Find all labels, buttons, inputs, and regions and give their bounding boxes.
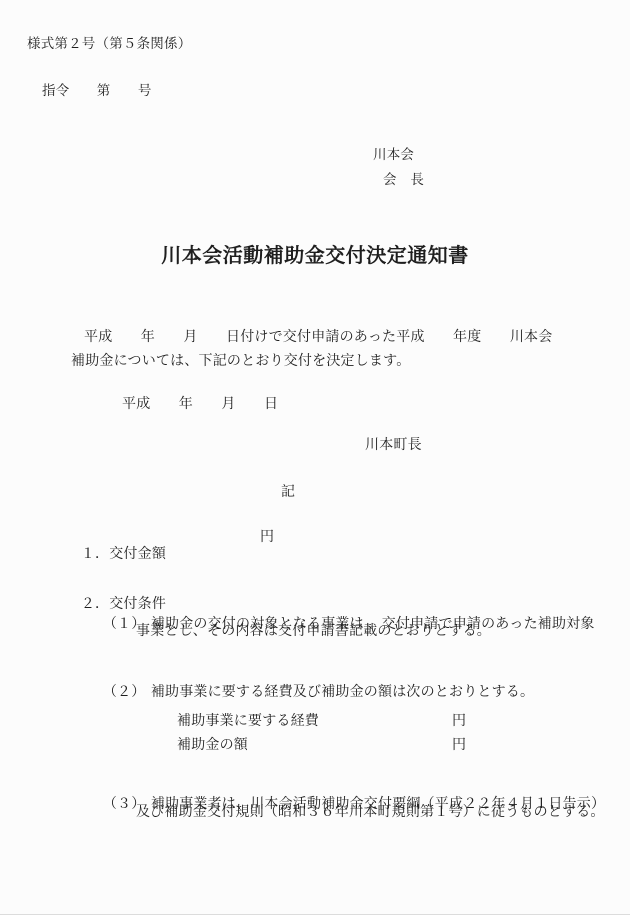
condition-2-text-1: 補助事業に要する経費及び補助金の額は次のとおりとする。 <box>151 685 534 700</box>
cost-row-2-label: 補助金の額 <box>177 738 248 755</box>
item-grant-amount-unit: 円 <box>260 530 274 547</box>
addressee-role: 会 長 <box>383 172 424 188</box>
condition-1-line-2: 事業とし、その内容は交付申請書記載のとおりとする。 <box>136 624 491 641</box>
condition-2-number: （２） <box>103 685 151 702</box>
cost-row-1-label: 補助事業に要する経費 <box>177 714 319 731</box>
document-page: 様式第２号（第５条関係） 指令 第 号 川本会 会 長 川本会活動補助金交付決定… <box>0 0 630 915</box>
directive-number-line: 指令 第 号 <box>42 83 152 99</box>
addressee-organization: 川本会 <box>373 147 414 163</box>
cost-row-1-unit: 円 <box>452 714 466 731</box>
issuer-name: 川本町長 <box>365 438 422 455</box>
condition-2-line-1: （２）補助事業に要する経費及び補助金の額は次のとおりとする。 <box>88 668 534 718</box>
list-marker-ki: 記 <box>281 485 295 502</box>
item-grant-amount-label: 交付金額 <box>109 547 166 562</box>
date-line: 平成 年 月 日 <box>122 397 278 414</box>
item-grant-amount: １．交付金額 <box>66 530 166 580</box>
document-title: 川本会活動補助金交付決定通知書 <box>0 244 630 268</box>
condition-3-line-2: 及び補助金交付規則（昭和３６年川本町規則第１号）に従うものとする。 <box>136 805 605 822</box>
form-number: 様式第２号（第５条関係） <box>27 36 191 52</box>
body-paragraph-line-1: 平成 年 月 日付けで交付申請のあった平成 年度 川本会 <box>84 330 552 347</box>
cost-row-2-unit: 円 <box>452 738 466 755</box>
body-paragraph-line-2: 補助金については、下記のとおり交付を決定します。 <box>71 354 410 371</box>
item-grant-amount-number: １． <box>81 547 109 564</box>
